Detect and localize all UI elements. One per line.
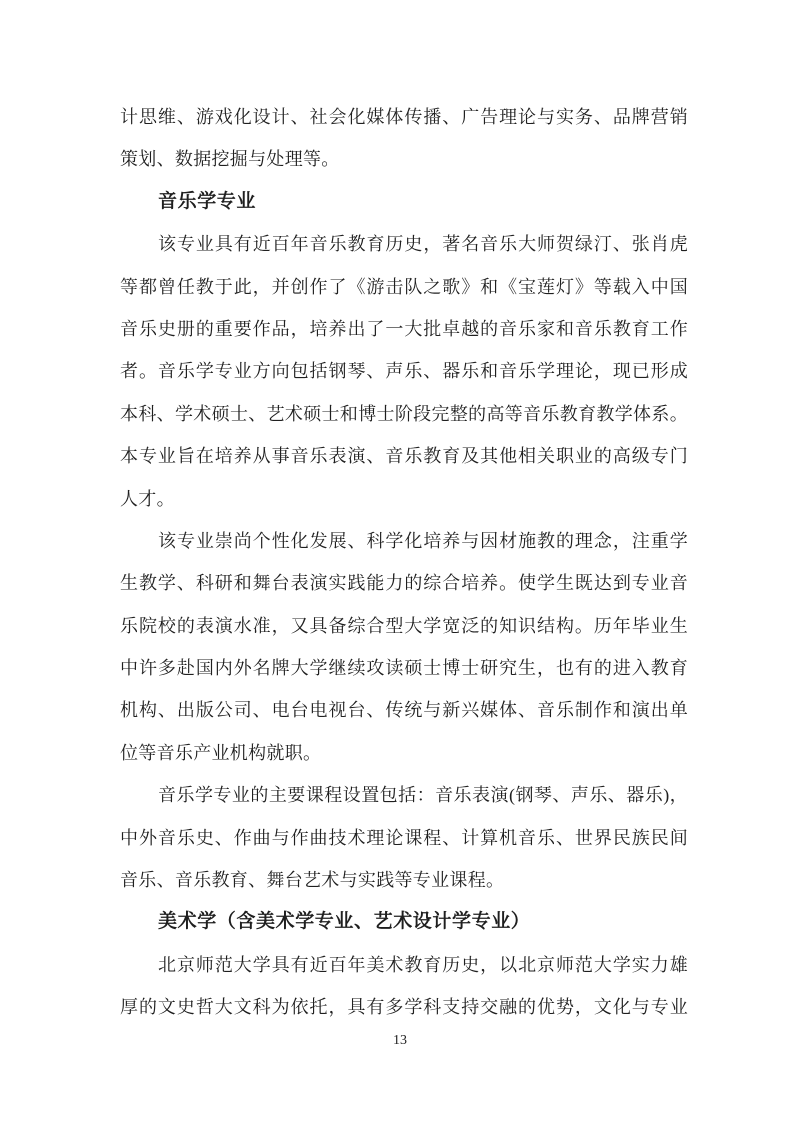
document-page: 计思维、游戏化设计、社会化媒体传播、广告理论与实务、品牌营销策划、数据挖掘与处理… [0, 0, 800, 1131]
text-line: 乐院校的表演水准，又具备综合型大学宽泛的知识结构。历年毕业生 [120, 605, 688, 647]
text-line: 音乐、音乐教育、舞台艺术与实践等专业课程。 [120, 859, 688, 901]
text-content: 计思维、游戏化设计、社会化媒体传播、广告理论与实务、品牌营销策划、数据挖掘与处理… [120, 96, 688, 1029]
section-heading: 美术学（含美术学专业、艺术设计学专业） [120, 901, 688, 943]
text-line: 中许多赴国内外名牌大学继续攻读硕士博士研究生，也有的进入教育 [120, 647, 688, 689]
text-line: 北京师范大学具有近百年美术教育历史，以北京师范大学实力雄 [120, 944, 688, 986]
text-line: 中外音乐史、作曲与作曲技术理论课程、计算机音乐、世界民族民间 [120, 817, 688, 859]
text-line: 本科、学术硕士、艺术硕士和博士阶段完整的高等音乐教育教学体系。 [120, 393, 688, 435]
text-line: 计思维、游戏化设计、社会化媒体传播、广告理论与实务、品牌营销 [120, 96, 688, 138]
text-line: 本专业旨在培养从事音乐表演、音乐教育及其他相关职业的高级专门 [120, 435, 688, 477]
text-line: 等都曾任教于此，并创作了《游击队之歌》和《宝莲灯》等载入中国 [120, 266, 688, 308]
text-line: 该专业具有近百年音乐教育历史，著名音乐大师贺绿汀、张肖虎 [120, 223, 688, 265]
text-line: 该专业崇尚个性化发展、科学化培养与因材施教的理念，注重学 [120, 520, 688, 562]
text-line: 机构、出版公司、电台电视台、传统与新兴媒体、音乐制作和演出单 [120, 689, 688, 731]
text-line: 厚的文史哲大文科为依托，具有多学科支持交融的优势，文化与专业 [120, 986, 688, 1028]
text-line: 音乐史册的重要作品，培养出了一大批卓越的音乐家和音乐教育工作 [120, 308, 688, 350]
page-number: 13 [0, 1030, 800, 1052]
section-heading: 音乐学专业 [120, 181, 688, 223]
text-line: 音乐学专业的主要课程设置包括：音乐表演(钢琴、声乐、器乐)， [120, 774, 688, 816]
text-line: 位等音乐产业机构就职。 [120, 732, 688, 774]
text-line: 生教学、科研和舞台表演实践能力的综合培养。使学生既达到专业音 [120, 562, 688, 604]
text-line: 者。音乐学专业方向包括钢琴、声乐、器乐和音乐学理论，现已形成 [120, 350, 688, 392]
text-line: 人才。 [120, 478, 688, 520]
text-line: 策划、数据挖掘与处理等。 [120, 138, 688, 180]
